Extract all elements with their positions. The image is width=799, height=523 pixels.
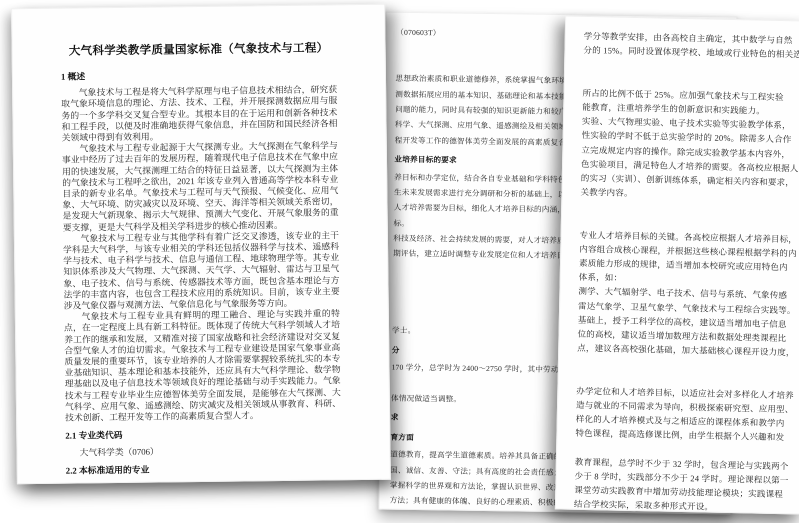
- section-heading: 2.1 专业类代码: [65, 428, 341, 443]
- scanned-document-pages: （070603T）思想政治素质和职业道德修养，系统掌握气象环境信息获取测数据拓展…: [0, 0, 799, 523]
- page-left-text: 1 概述气象技术与工程是将大气科学原理与电子信息技术相结合，研究获取气象环境信息…: [61, 68, 342, 476]
- paragraph: 气象技术与工程专业具有鲜明的理工融合、理论与实践并重的特点，在一定程度上具有新工…: [64, 309, 341, 424]
- section-heading: 1 概述: [61, 68, 337, 83]
- page-left: 大气科学类教学质量国家标准（气象技术与工程） 1 概述气象技术与工程是将大气科学…: [11, 4, 391, 485]
- paragraph: 气象技术与工程专业起源于大气探测专业。大气探测在气象科学与事业中经历了过去百年的…: [62, 141, 339, 234]
- paragraph: 气象技术与工程是将大气科学原理与电子信息技术相结合，研究获取气象环境信息的理论、…: [61, 85, 338, 144]
- page-right-text: 学分等教学安排，由各高校自主确定，其中数学与自然分的 15%。同时设置体现学校、…: [574, 29, 799, 516]
- document-title: 大气科学类教学质量国家标准（气象技术与工程）: [61, 39, 337, 58]
- paragraph: 气象技术与工程专业与其他学科有着广泛交叉渗透，该专业的主干学科是大气科学，与该专…: [63, 230, 340, 312]
- page-right: 学分等教学安排，由各高校自主确定，其中数学与自然分的 15%。同时设置体现学校、…: [555, 15, 799, 514]
- paragraph: 大气科学类（0706）: [65, 444, 341, 459]
- section-heading: 2.2 本标准适用的专业: [66, 462, 342, 477]
